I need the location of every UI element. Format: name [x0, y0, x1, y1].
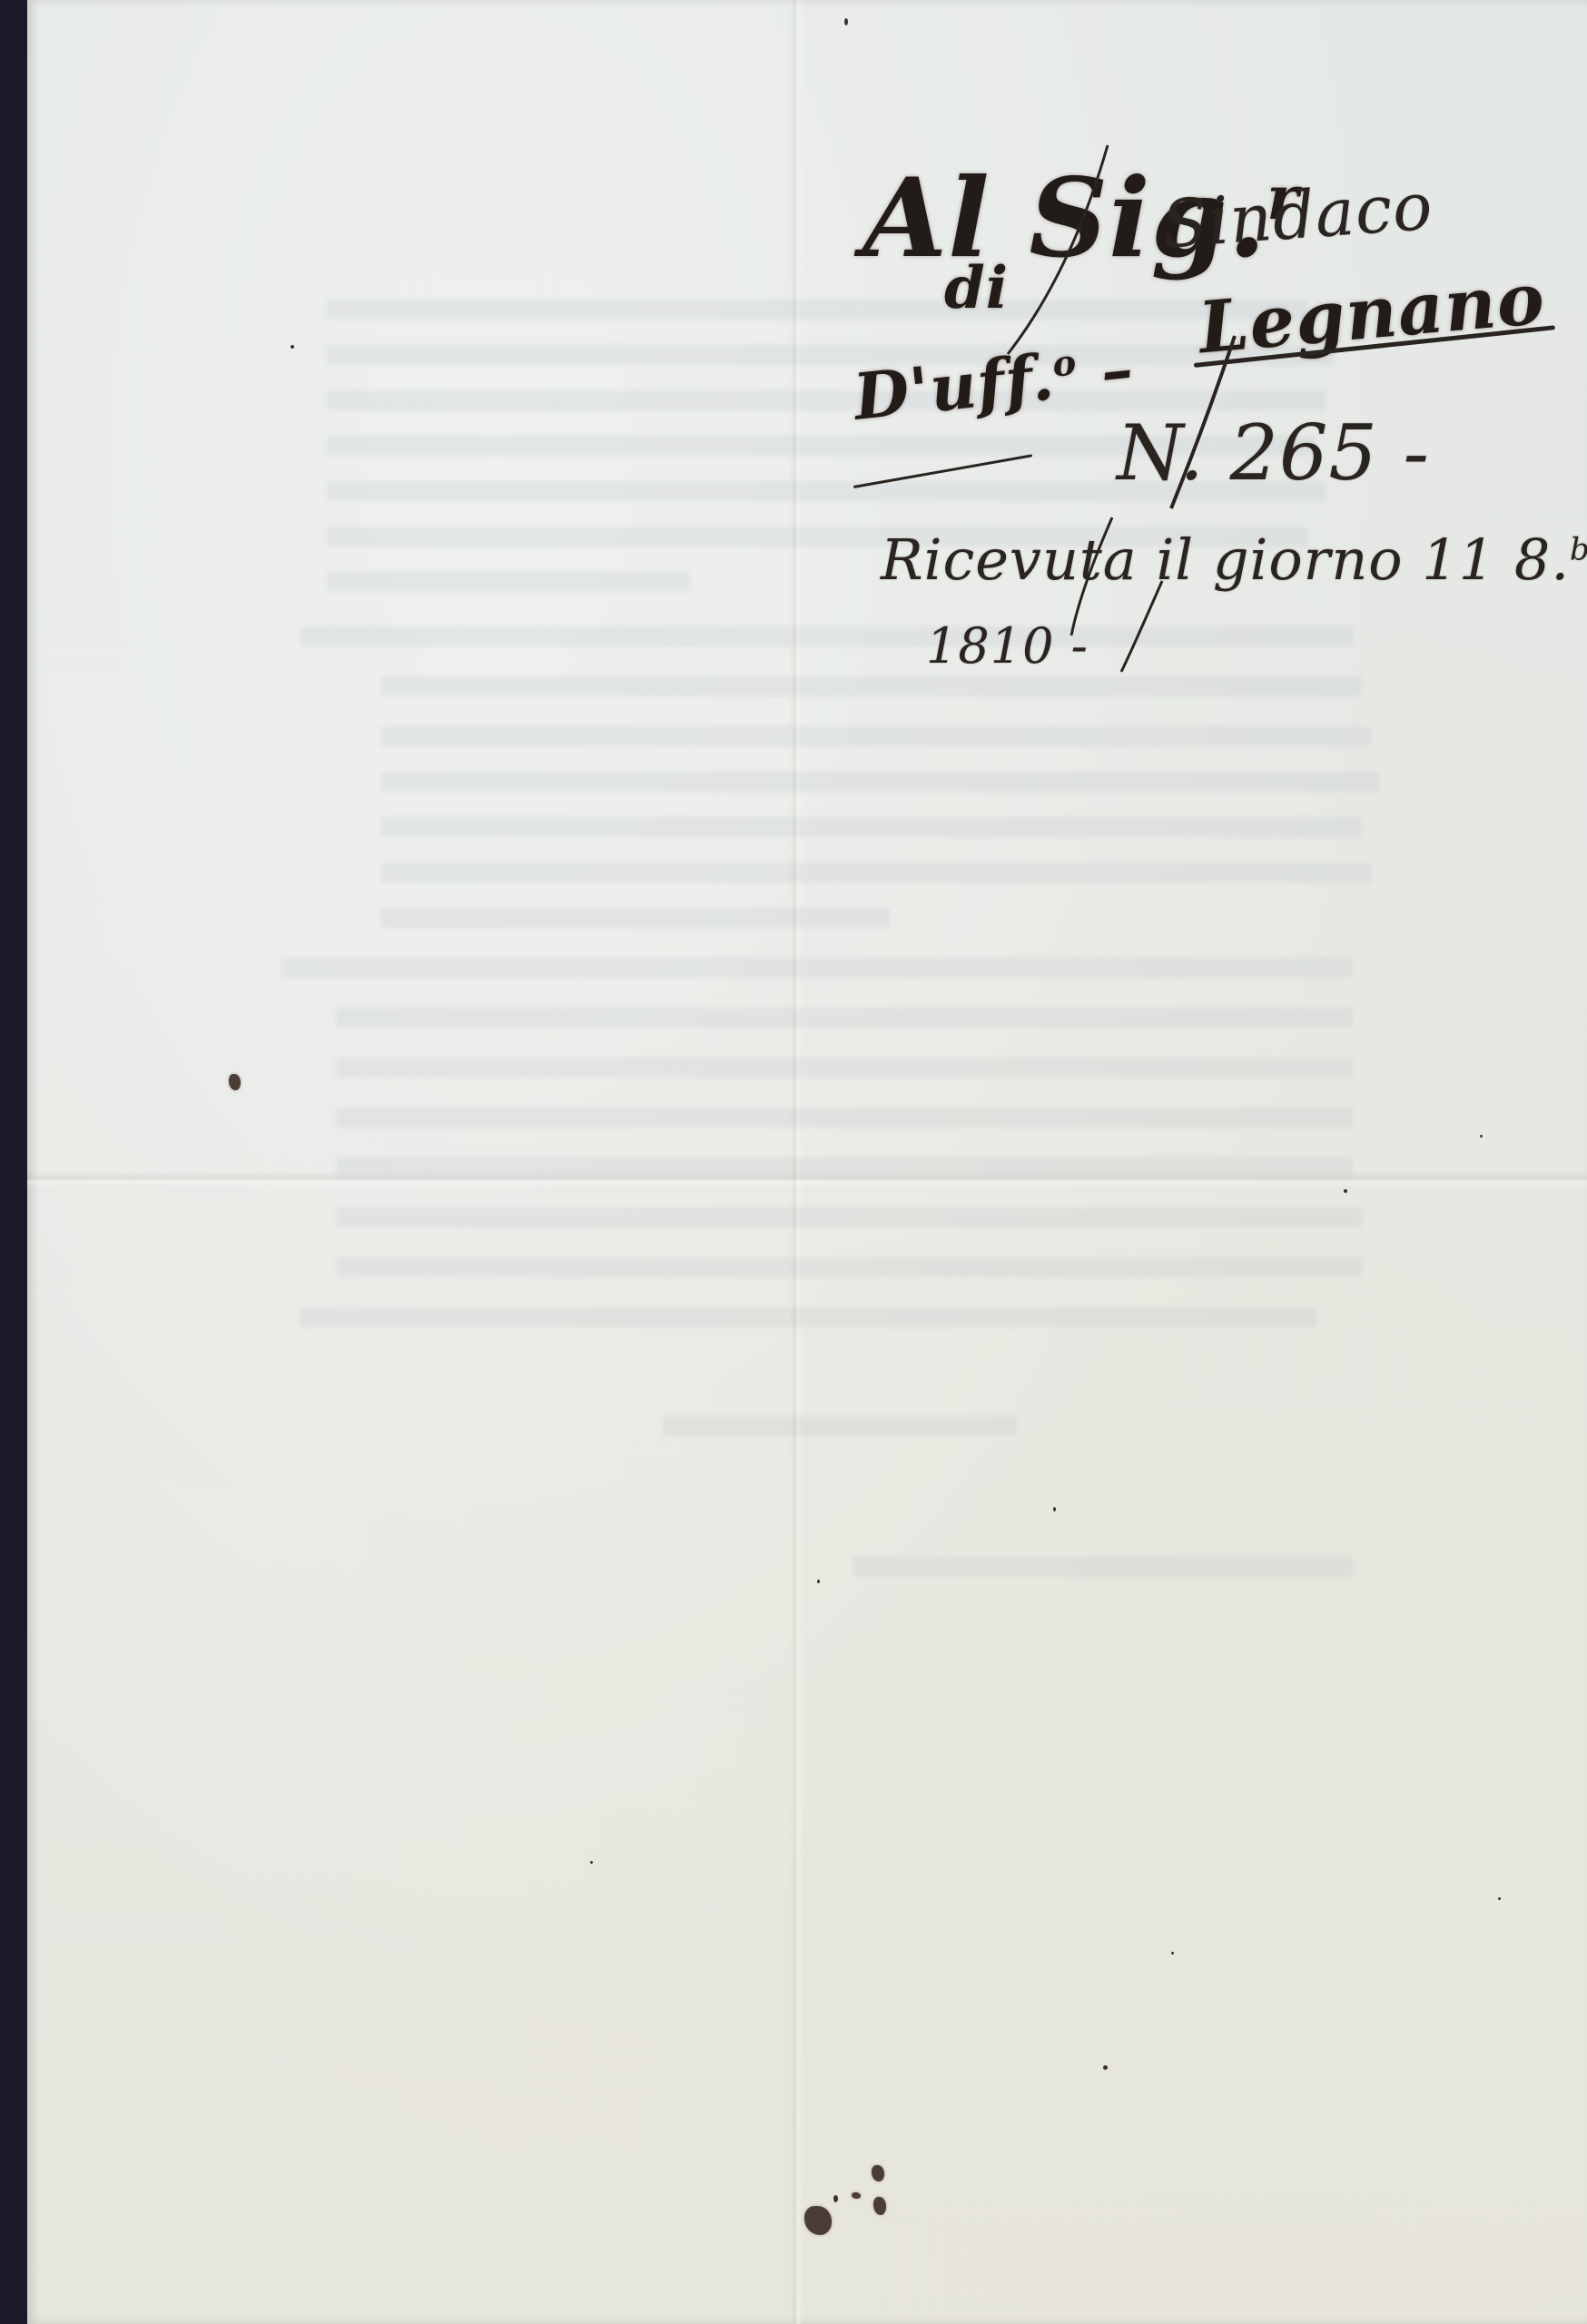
- protocol-number-text: N. 265: [1117, 409, 1378, 497]
- protocol-number: N. 265 -: [1117, 409, 1430, 497]
- paper-sheet: Al Sig.r Sindaco di Legnano D'uff.o – N.…: [27, 0, 1587, 2324]
- received-month-superscript: bre: [1570, 531, 1587, 567]
- preposition-di: di: [944, 254, 1009, 322]
- received-date: Ricevuta il giorno 11 8.bre: [881, 527, 1587, 593]
- year: 1810 -: [926, 617, 1089, 675]
- service-mark-superscript: o: [1050, 342, 1079, 386]
- document-scan: Al Sig.r Sindaco di Legnano D'uff.o – N.…: [0, 0, 1587, 2324]
- year-text: 1810: [926, 617, 1054, 675]
- received-label-text: Ricevuta il giorno 11 8.: [881, 527, 1570, 593]
- preposition-text: di: [944, 254, 1009, 322]
